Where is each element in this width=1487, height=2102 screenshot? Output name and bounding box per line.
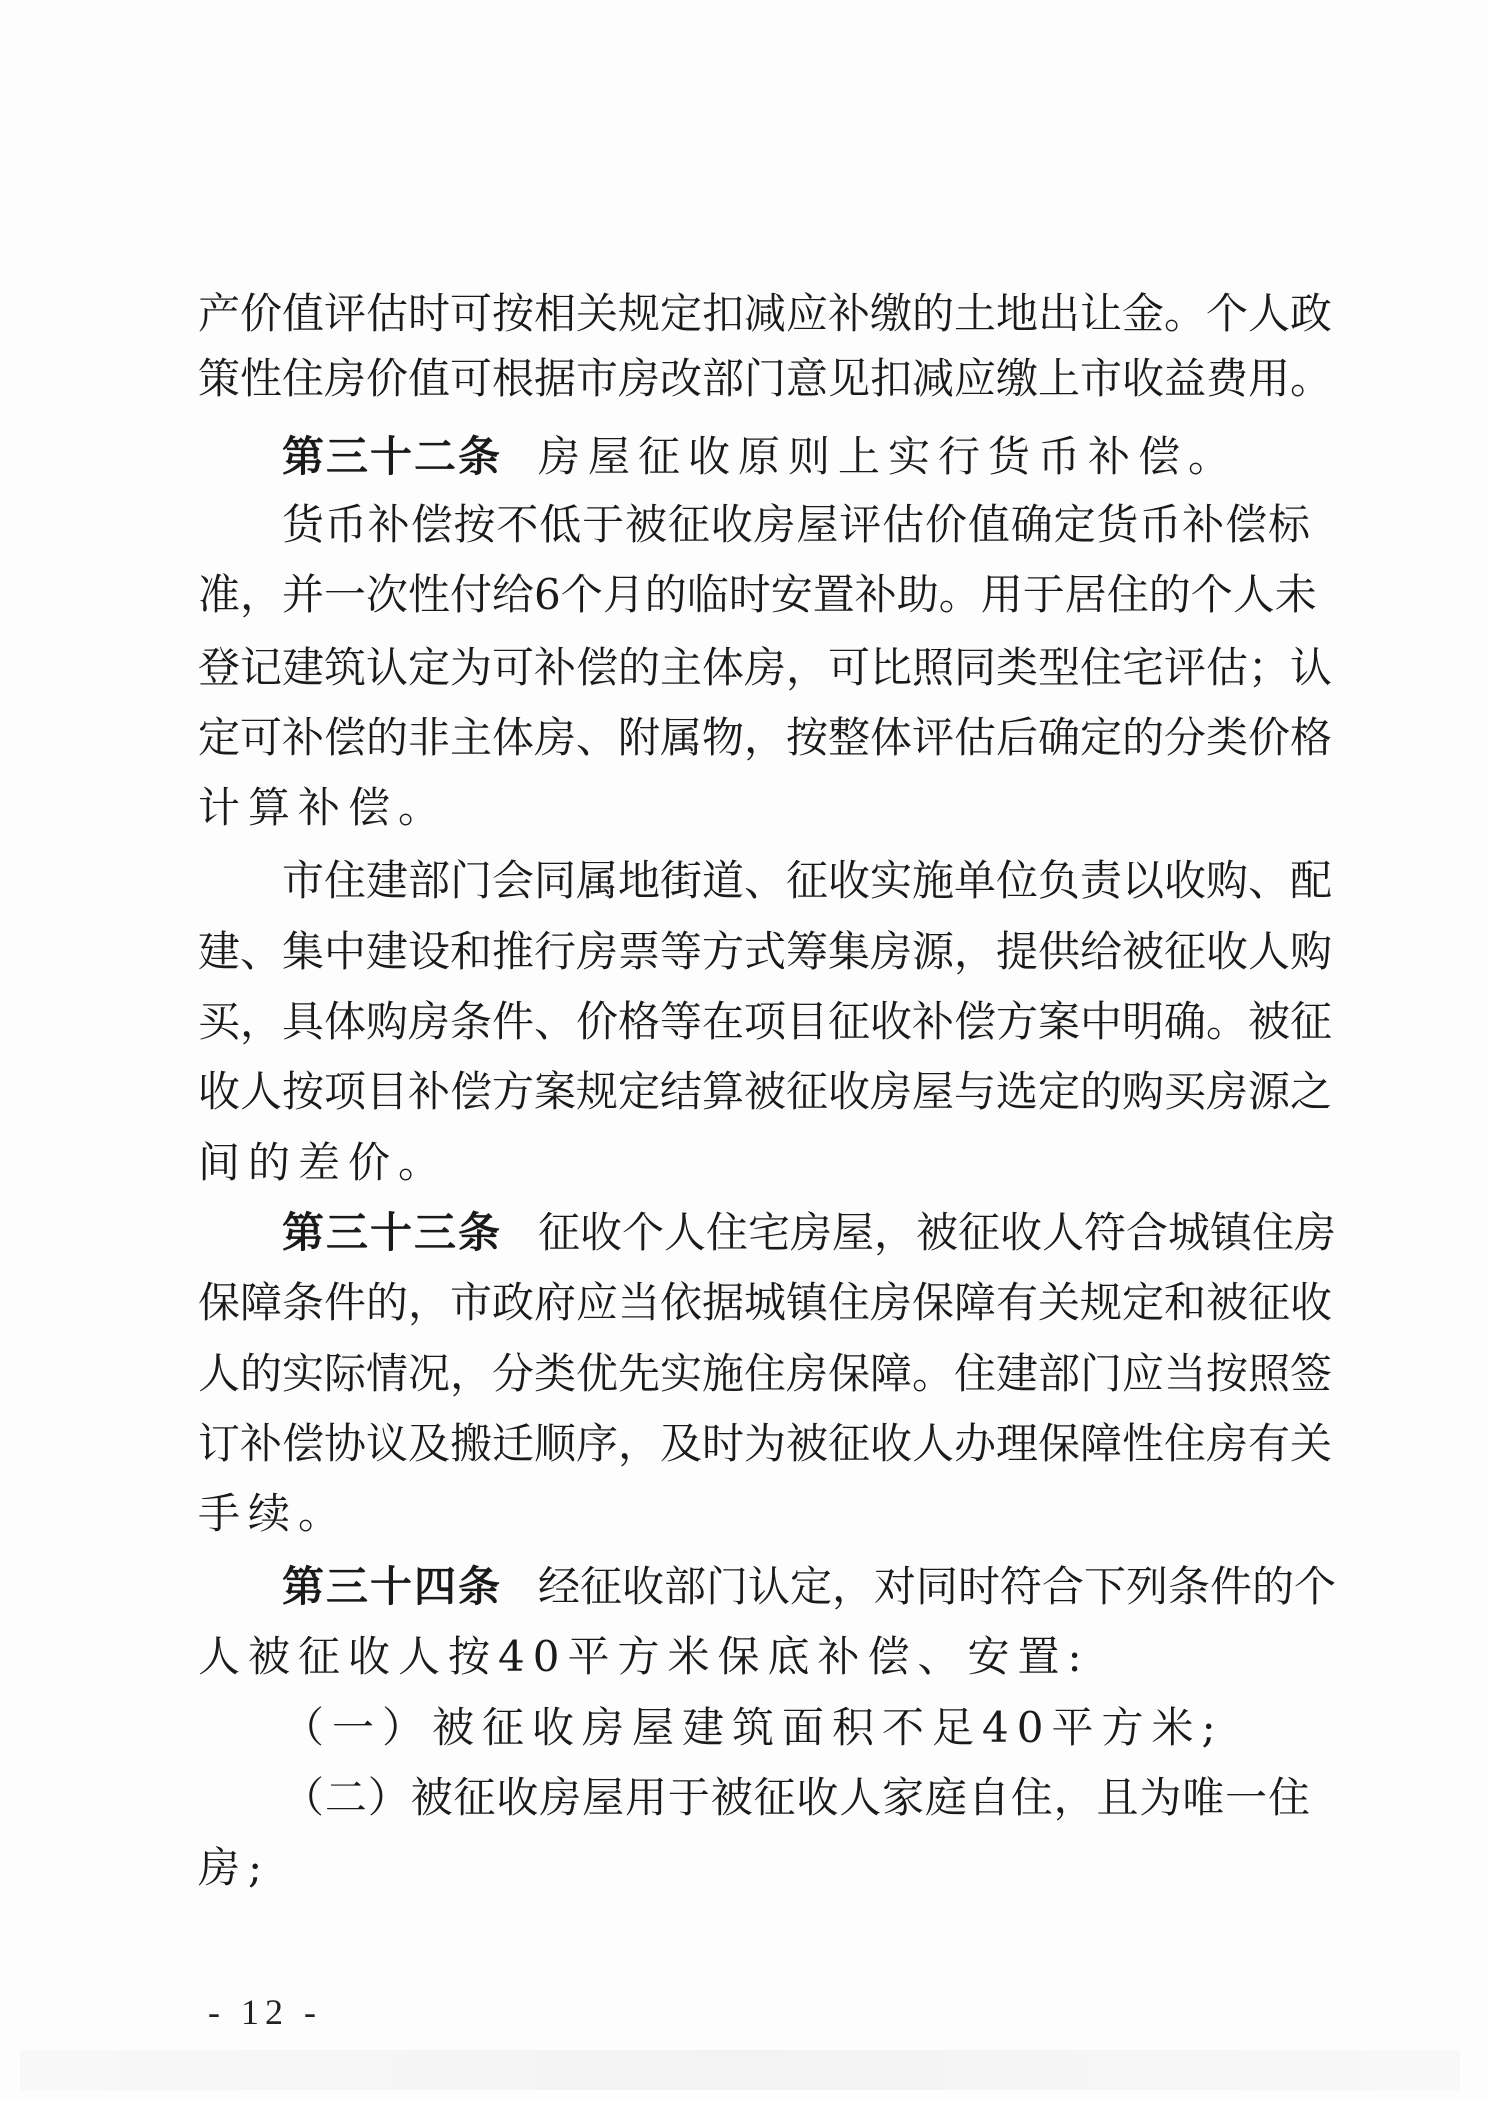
text-line: 产价值评估时可按相关规定扣减应补缴的土地出让金。个人政 [198,286,1310,342]
scan-artifact [20,2050,1460,2090]
text-line: 保障条件的，市政府应当依据城镇住房保障有关规定和被征收 [198,1275,1310,1331]
article-number: 第三十四条 [282,1562,502,1611]
text-line: 计算补偿。 [198,780,1310,836]
article-33-heading-line: 第三十三条征收个人住宅房屋，被征收人符合城镇住房 [282,1205,1310,1261]
text-line: 策性住房价值可根据市房改部门意见扣减应缴上市收益费用。 [198,351,1310,407]
text-line: 登记建筑认定为可补偿的主体房，可比照同类型住宅评估；认 [198,640,1310,696]
text-line: 买，具体购房条件、价格等在项目征收补偿方案中明确。被征 [198,994,1310,1050]
text-line: 市住建部门会同属地街道、征收实施单位负责以收购、配 [282,853,1310,909]
text-line: 定可补偿的非主体房、附属物，按整体评估后确定的分类价格 [198,710,1310,766]
text-line: 建、集中建设和推行房票等方式筹集房源，提供给被征收人购 [198,924,1310,980]
page-number: - 12 - [208,1990,322,2034]
article-text: 房屋征收原则上实行货币补偿。 [538,432,1238,481]
list-item-1: （一）被征收房屋建筑面积不足40平方米; [282,1700,1310,1756]
text-line: 订补偿协议及搬迁顺序，及时为被征收人办理保障性住房有关 [198,1416,1310,1472]
article-text: 征收个人住宅房屋，被征收人符合城镇住房 [538,1208,1336,1257]
text-line: 人被征收人按40平方米保底补偿、安置: [198,1629,1310,1685]
text-line: 间的差价。 [198,1135,1310,1191]
list-item-2: （二）被征收房屋用于被征收人家庭自住，且为唯一住 [282,1770,1310,1826]
document-page: 产价值评估时可按相关规定扣减应补缴的土地出让金。个人政 策性住房价值可根据市房改… [0,0,1487,2102]
text-line: 收人按项目补偿方案规定结算被征收房屋与选定的购买房源之 [198,1064,1310,1120]
text-line: 货币补偿按不低于被征收房屋评估价值确定货币补偿标 [282,497,1310,553]
article-number: 第三十二条 [282,432,502,481]
text-line: 房; [198,1840,1310,1896]
text-line: 人的实际情况，分类优先实施住房保障。住建部门应当按照签 [198,1346,1310,1402]
text-line: 准，并一次性付给6个月的临时安置补助。用于居住的个人未 [198,567,1310,623]
article-32-heading-line: 第三十二条房屋征收原则上实行货币补偿。 [282,429,1310,485]
text-line: 手续。 [198,1486,1310,1542]
article-number: 第三十三条 [282,1208,502,1257]
article-34-heading-line: 第三十四条经征收部门认定，对同时符合下列条件的个 [282,1559,1310,1615]
article-text: 经征收部门认定，对同时符合下列条件的个 [538,1562,1336,1611]
